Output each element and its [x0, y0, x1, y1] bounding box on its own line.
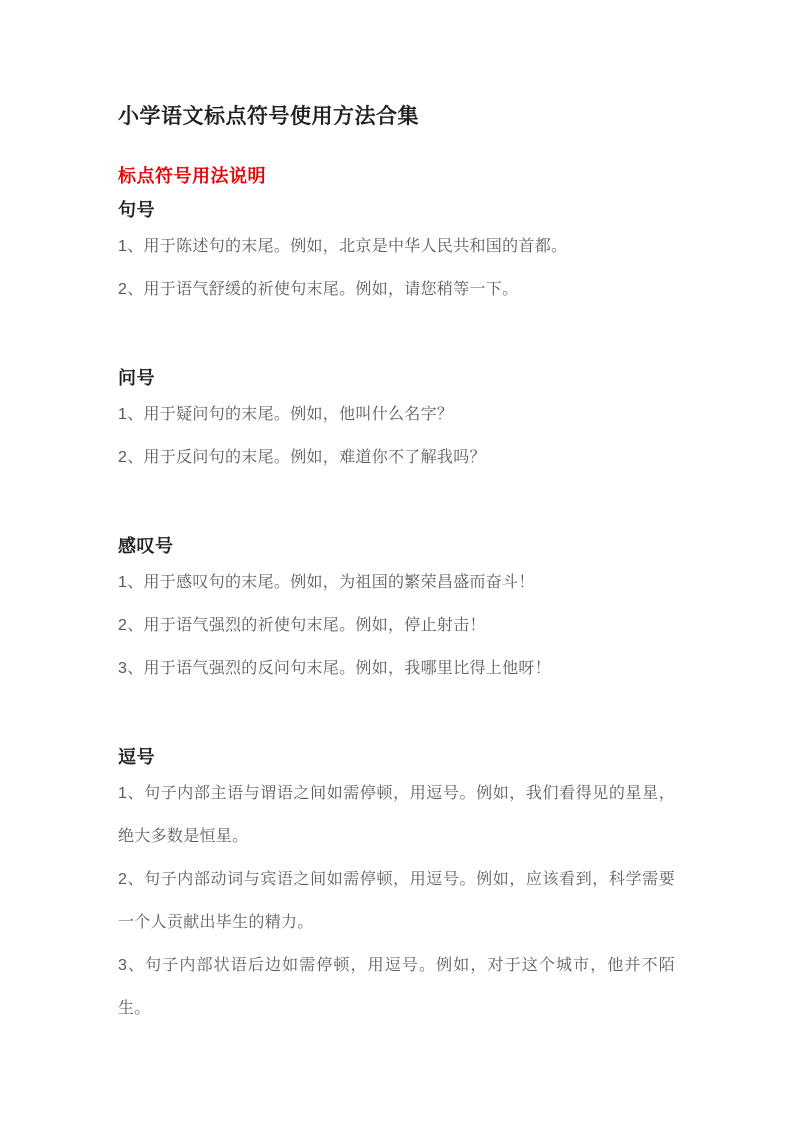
section-heading-question-mark: 问号 — [118, 363, 675, 393]
document-subtitle: 标点符号用法说明 — [118, 163, 675, 189]
section-period: 句号 1、用于陈述句的末尾。例如，北京是中华人民共和国的首都。 2、用于语气舒缓… — [118, 195, 675, 311]
section-heading-period: 句号 — [118, 195, 675, 225]
usage-item: 1、句子内部主语与谓语之间如需停顿，用逗号。例如，我们看得见的星星，绝大多数是恒… — [118, 772, 675, 858]
document-title: 小学语文标点符号使用方法合集 — [118, 100, 675, 133]
section-question-mark: 问号 1、用于疑问句的末尾。例如，他叫什么名字？ 2、用于反问句的末尾。例如，难… — [118, 363, 675, 479]
usage-item: 1、用于感叹句的末尾。例如，为祖国的繁荣昌盛而奋斗！ — [118, 561, 675, 604]
usage-item: 3、用于语气强烈的反问句末尾。例如，我哪里比得上他呀！ — [118, 647, 675, 690]
usage-item: 2、用于反问句的末尾。例如，难道你不了解我吗？ — [118, 436, 675, 479]
usage-item: 3、句子内部状语后边如需停顿，用逗号。例如，对于这个城市，他并不陌生。 — [118, 944, 675, 1030]
usage-item: 2、句子内部动词与宾语之间如需停顿，用逗号。例如，应该看到，科学需要一个人贡献出… — [118, 858, 675, 944]
document-page: 小学语文标点符号使用方法合集 标点符号用法说明 句号 1、用于陈述句的末尾。例如… — [0, 0, 793, 1122]
section-comma: 逗号 1、句子内部主语与谓语之间如需停顿，用逗号。例如，我们看得见的星星，绝大多… — [118, 742, 675, 1030]
usage-item: 2、用于语气舒缓的祈使句末尾。例如，请您稍等一下。 — [118, 268, 675, 311]
section-heading-exclamation-mark: 感叹号 — [118, 531, 675, 561]
usage-item: 1、用于陈述句的末尾。例如，北京是中华人民共和国的首都。 — [118, 225, 675, 268]
section-exclamation-mark: 感叹号 1、用于感叹句的末尾。例如，为祖国的繁荣昌盛而奋斗！ 2、用于语气强烈的… — [118, 531, 675, 690]
section-heading-comma: 逗号 — [118, 742, 675, 772]
usage-item: 1、用于疑问句的末尾。例如，他叫什么名字？ — [118, 393, 675, 436]
usage-item: 2、用于语气强烈的祈使句末尾。例如，停止射击！ — [118, 604, 675, 647]
